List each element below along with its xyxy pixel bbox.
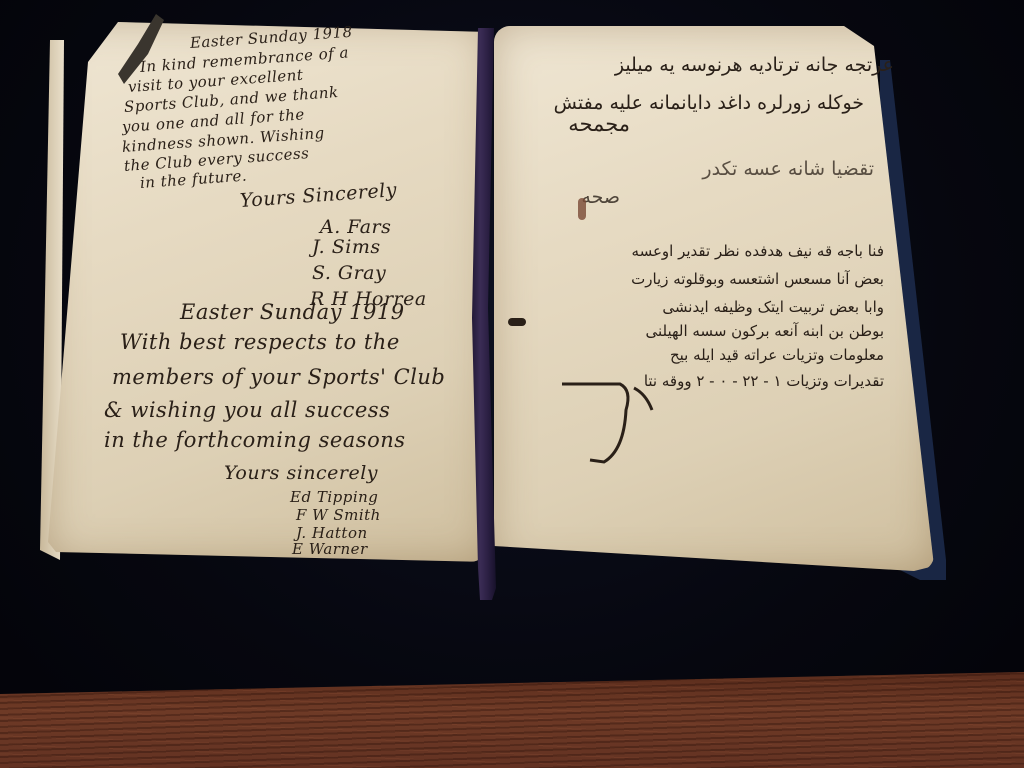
ottoman-line: معلومات وتزیات عراته قید ایله بیح xyxy=(544,346,884,364)
signature: A. Fars xyxy=(320,216,391,238)
ottoman-signature: مجمحه xyxy=(530,112,630,136)
signature: E Warner xyxy=(292,540,368,558)
signature: S. Gray xyxy=(312,262,386,284)
entry-2-date: Easter Sunday 1919 xyxy=(180,300,405,324)
ottoman-line: عرتجه جانه ترتادیه هرنوسه یه میلیز xyxy=(574,54,894,76)
signature: J. Sims xyxy=(312,236,381,258)
entry-2-line: members of your Sports' Club xyxy=(112,365,445,389)
ottoman-line-faded: صحه xyxy=(520,186,620,208)
entry-2-line: in the forthcoming seasons xyxy=(104,428,406,452)
ink-blot xyxy=(508,318,526,326)
brown-stain xyxy=(578,198,586,220)
ottoman-line: بعض آنا مسعس اشتعسه وبوقلوته زیارت xyxy=(524,270,884,288)
entry-2-line: & wishing you all success xyxy=(104,398,390,422)
entry-2-line: With best respects to the xyxy=(120,330,400,354)
ottoman-line: فنا باجه قه نیف هدفده نظر تقدیر اوعسه xyxy=(524,242,884,260)
ottoman-line: خوکله زورلره داغد دایانمانه علیه مفتش xyxy=(584,92,864,114)
entry-2-closing: Yours sincerely xyxy=(224,462,378,484)
ottoman-line: وابا بعض تربیت ایتک وظیفه ایدنشی xyxy=(524,298,884,316)
wooden-table-edge xyxy=(0,672,1024,768)
ottoman-line-faded: تقضیا شانه عسه تکدر xyxy=(534,158,874,180)
signature: F W Smith xyxy=(296,506,381,524)
ottoman-flourish-mark xyxy=(560,380,670,470)
ottoman-line: بوطن بن ابنه آنعه برکون سسه الهیلنی xyxy=(524,322,884,340)
signature: Ed Tipping xyxy=(290,488,378,506)
